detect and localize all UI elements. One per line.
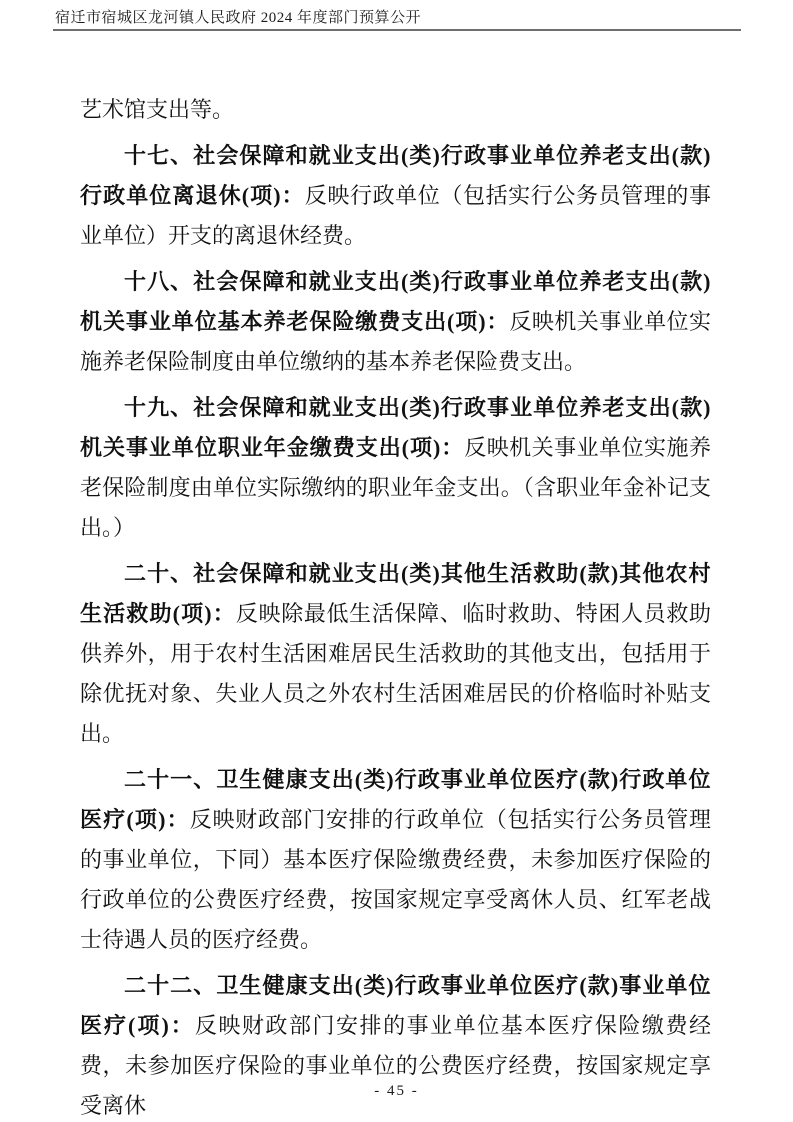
page-footer: - 45 -	[0, 1082, 793, 1100]
paragraph: 二十、社会保障和就业支出(类)其他生活救助(款)其他农村生活救助(项)：反映除最…	[80, 554, 711, 754]
document-page: 宿迁市宿城区龙河镇人民政府 2024 年度部门预算公开 艺术馆支出等。十七、社会…	[0, 0, 793, 1122]
header-rule	[53, 29, 741, 31]
paragraph: 十七、社会保障和就业支出(类)行政事业单位养老支出(款)行政单位离退休(项)：反…	[80, 136, 711, 256]
paragraph: 十九、社会保障和就业支出(类)行政事业单位养老支出(款)机关事业单位职业年金缴费…	[80, 388, 711, 548]
paragraph-text: 艺术馆支出等。	[80, 97, 234, 122]
header-title: 宿迁市宿城区龙河镇人民政府 2024 年度部门预算公开	[53, 9, 741, 29]
page-number: - 45 -	[374, 1083, 419, 1099]
document-body: 艺术馆支出等。十七、社会保障和就业支出(类)行政事业单位养老支出(款)行政单位离…	[80, 90, 711, 1122]
page-header: 宿迁市宿城区龙河镇人民政府 2024 年度部门预算公开	[53, 9, 741, 31]
paragraph: 二十一、卫生健康支出(类)行政事业单位医疗(款)行政单位医疗(项)：反映财政部门…	[80, 760, 711, 960]
paragraph: 艺术馆支出等。	[80, 90, 711, 130]
paragraph: 十八、社会保障和就业支出(类)行政事业单位养老支出(款)机关事业单位基本养老保险…	[80, 262, 711, 382]
